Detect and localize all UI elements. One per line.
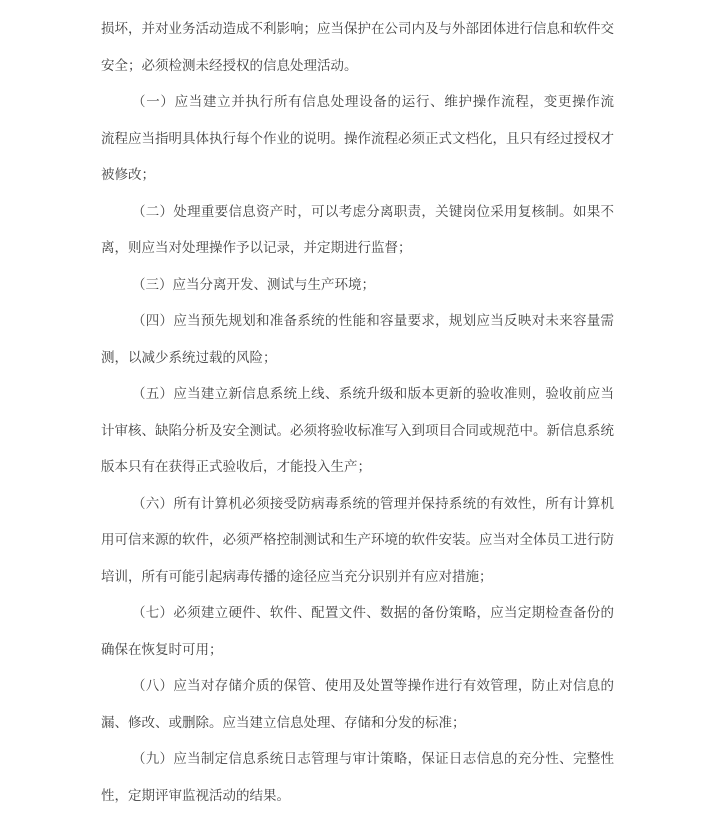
paragraph: （六）所有计算机必须接受防病毒系统的管理并保持系统的有效性，所有计算机应当使用可… xyxy=(101,486,614,596)
paragraph: （五）应当建立新信息系统上线、系统升级和版本更新的验收准则，验收前应当完成设计审… xyxy=(101,376,614,486)
text-line: （二）处理重要信息资产时，可以考虑分离职责，关键岗位采用复核制。如果不实施分 xyxy=(101,194,614,231)
paragraph: （四）应当预先规划和准备系统的性能和容量要求，规划应当反映对未来容量需求的推测，… xyxy=(101,303,614,376)
paragraph: 损坏，并对业务活动造成不利影响；应当保护在公司内及与外部团体进行信息和软件交换的… xyxy=(101,11,614,84)
text-line: 漏、修改、或删除。应当建立信息处理、存储和分发的标准； xyxy=(101,705,614,742)
paragraph: （七）必须建立硬件、软件、配置文件、数据的备份策略，应当定期检查备份的有效性，确… xyxy=(101,595,614,668)
text-line: （四）应当预先规划和准备系统的性能和容量要求，规划应当反映对未来容量需求的推 xyxy=(101,303,614,340)
paragraph: （三）应当分离开发、测试与生产环境； xyxy=(101,267,614,304)
text-line: 计审核、缺陷分析及安全测试。必须将验收标准写入到项目合同或规范中。新信息系统或新 xyxy=(101,413,614,450)
text-line: 测，以减少系统过载的风险； xyxy=(101,340,614,377)
text-line: 流程应当指明具体执行每个作业的说明。操作流程必须正式文档化，且只有经过授权才可以 xyxy=(101,121,614,158)
text-line: 安全；必须检测未经授权的信息处理活动。 xyxy=(101,48,614,85)
document-body: 损坏，并对业务活动造成不利影响；应当保护在公司内及与外部团体进行信息和软件交换的… xyxy=(101,11,614,814)
text-line: （五）应当建立新信息系统上线、系统升级和版本更新的验收准则，验收前应当完成设 xyxy=(101,376,614,413)
text-line: （三）应当分离开发、测试与生产环境； xyxy=(101,267,614,304)
document-page: 损坏，并对业务活动造成不利影响；应当保护在公司内及与外部团体进行信息和软件交换的… xyxy=(0,0,710,834)
text-line: 性，定期评审监视活动的结果。 xyxy=(101,778,614,815)
text-line: （一）应当建立并执行所有信息处理设备的运行、维护操作流程，变更操作流程，操作 xyxy=(101,84,614,121)
paragraph: （一）应当建立并执行所有信息处理设备的运行、维护操作流程，变更操作流程，操作流程… xyxy=(101,84,614,194)
text-line: 离，则应当对处理操作予以记录，并定期进行监督； xyxy=(101,230,614,267)
text-line: （九）应当制定信息系统日志管理与审计策略，保证日志信息的充分性、完整性和可用 xyxy=(101,741,614,778)
text-line: （八）应当对存储介质的保管、使用及处置等操作进行有效管理，防止对信息的非法泄 xyxy=(101,668,614,705)
paragraph: （八）应当对存储介质的保管、使用及处置等操作进行有效管理，防止对信息的非法泄漏、… xyxy=(101,668,614,741)
text-line: 确保在恢复时可用； xyxy=(101,632,614,669)
paragraph: （二）处理重要信息资产时，可以考虑分离职责，关键岗位采用复核制。如果不实施分离，… xyxy=(101,194,614,267)
text-line: 培训，所有可能引起病毒传播的途径应当充分识别并有应对措施； xyxy=(101,559,614,596)
text-line: 被修改； xyxy=(101,157,614,194)
text-line: 损坏，并对业务活动造成不利影响；应当保护在公司内及与外部团体进行信息和软件交换的 xyxy=(101,11,614,48)
text-line: 用可信来源的软件，必须严格控制测试和生产环境的软件安装。应当对全体员工进行防病毒 xyxy=(101,522,614,559)
text-line: （七）必须建立硬件、软件、配置文件、数据的备份策略，应当定期检查备份的有效性， xyxy=(101,595,614,632)
paragraph: （九）应当制定信息系统日志管理与审计策略，保证日志信息的充分性、完整性和可用性，… xyxy=(101,741,614,814)
text-line: （六）所有计算机必须接受防病毒系统的管理并保持系统的有效性，所有计算机应当使 xyxy=(101,486,614,523)
text-line: 版本只有在获得正式验收后，才能投入生产； xyxy=(101,449,614,486)
